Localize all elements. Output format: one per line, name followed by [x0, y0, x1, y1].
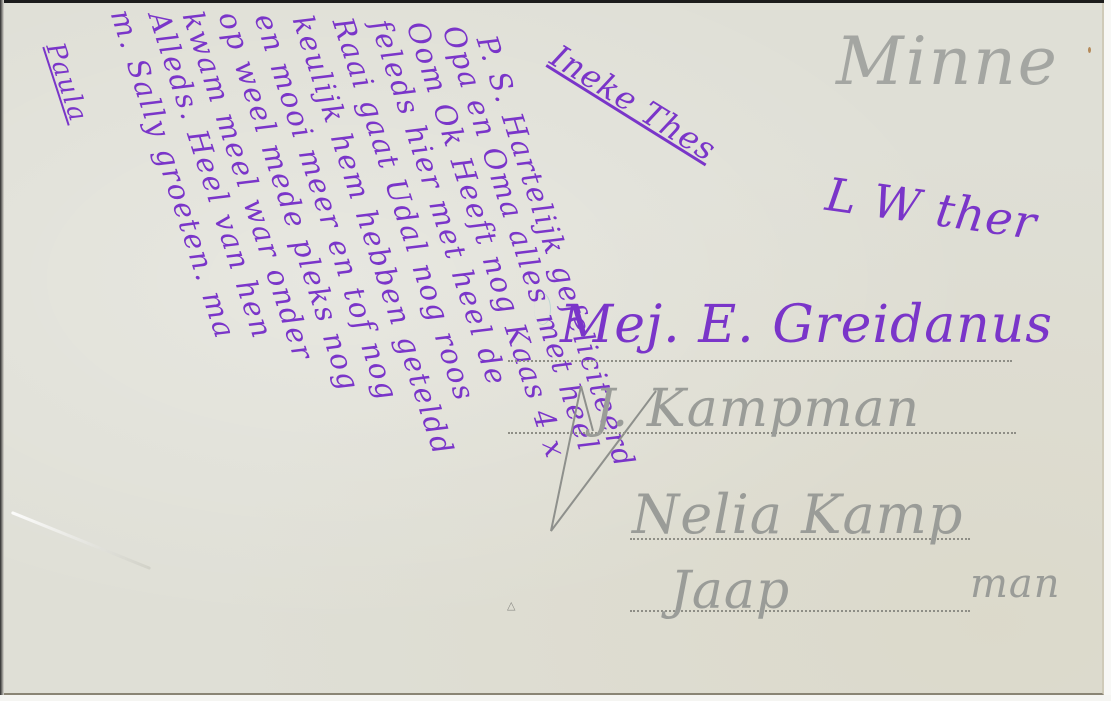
handwritten-letter: P. S. Hartelijk gefeliciteerd Opa en Oma… — [24, 21, 504, 681]
scan-border-right — [1104, 0, 1111, 701]
ink-signature-diagonal: Ineke Thes — [544, 37, 724, 169]
ink-signature-middle: L W ther — [822, 167, 1040, 250]
pencil-signature-top: Minne — [836, 23, 1059, 100]
triangle-mark: △ — [507, 599, 515, 612]
address-line-4-suffix: man — [970, 561, 1061, 607]
address-line-3: Nelia Kamp — [632, 483, 963, 546]
scan-border-bottom — [0, 695, 1111, 701]
address-name: Mej. E. Greidanus — [560, 295, 1053, 355]
letter-signature: Paula — [39, 39, 93, 127]
address-line-4: Jaap — [670, 561, 790, 621]
paper-speck — [1088, 47, 1091, 53]
address-rule-1 — [508, 360, 1012, 362]
address-line-2: J. Kampman — [594, 379, 920, 439]
postcard: P. S. Hartelijk gefeliciteerd Opa en Oma… — [4, 3, 1104, 695]
